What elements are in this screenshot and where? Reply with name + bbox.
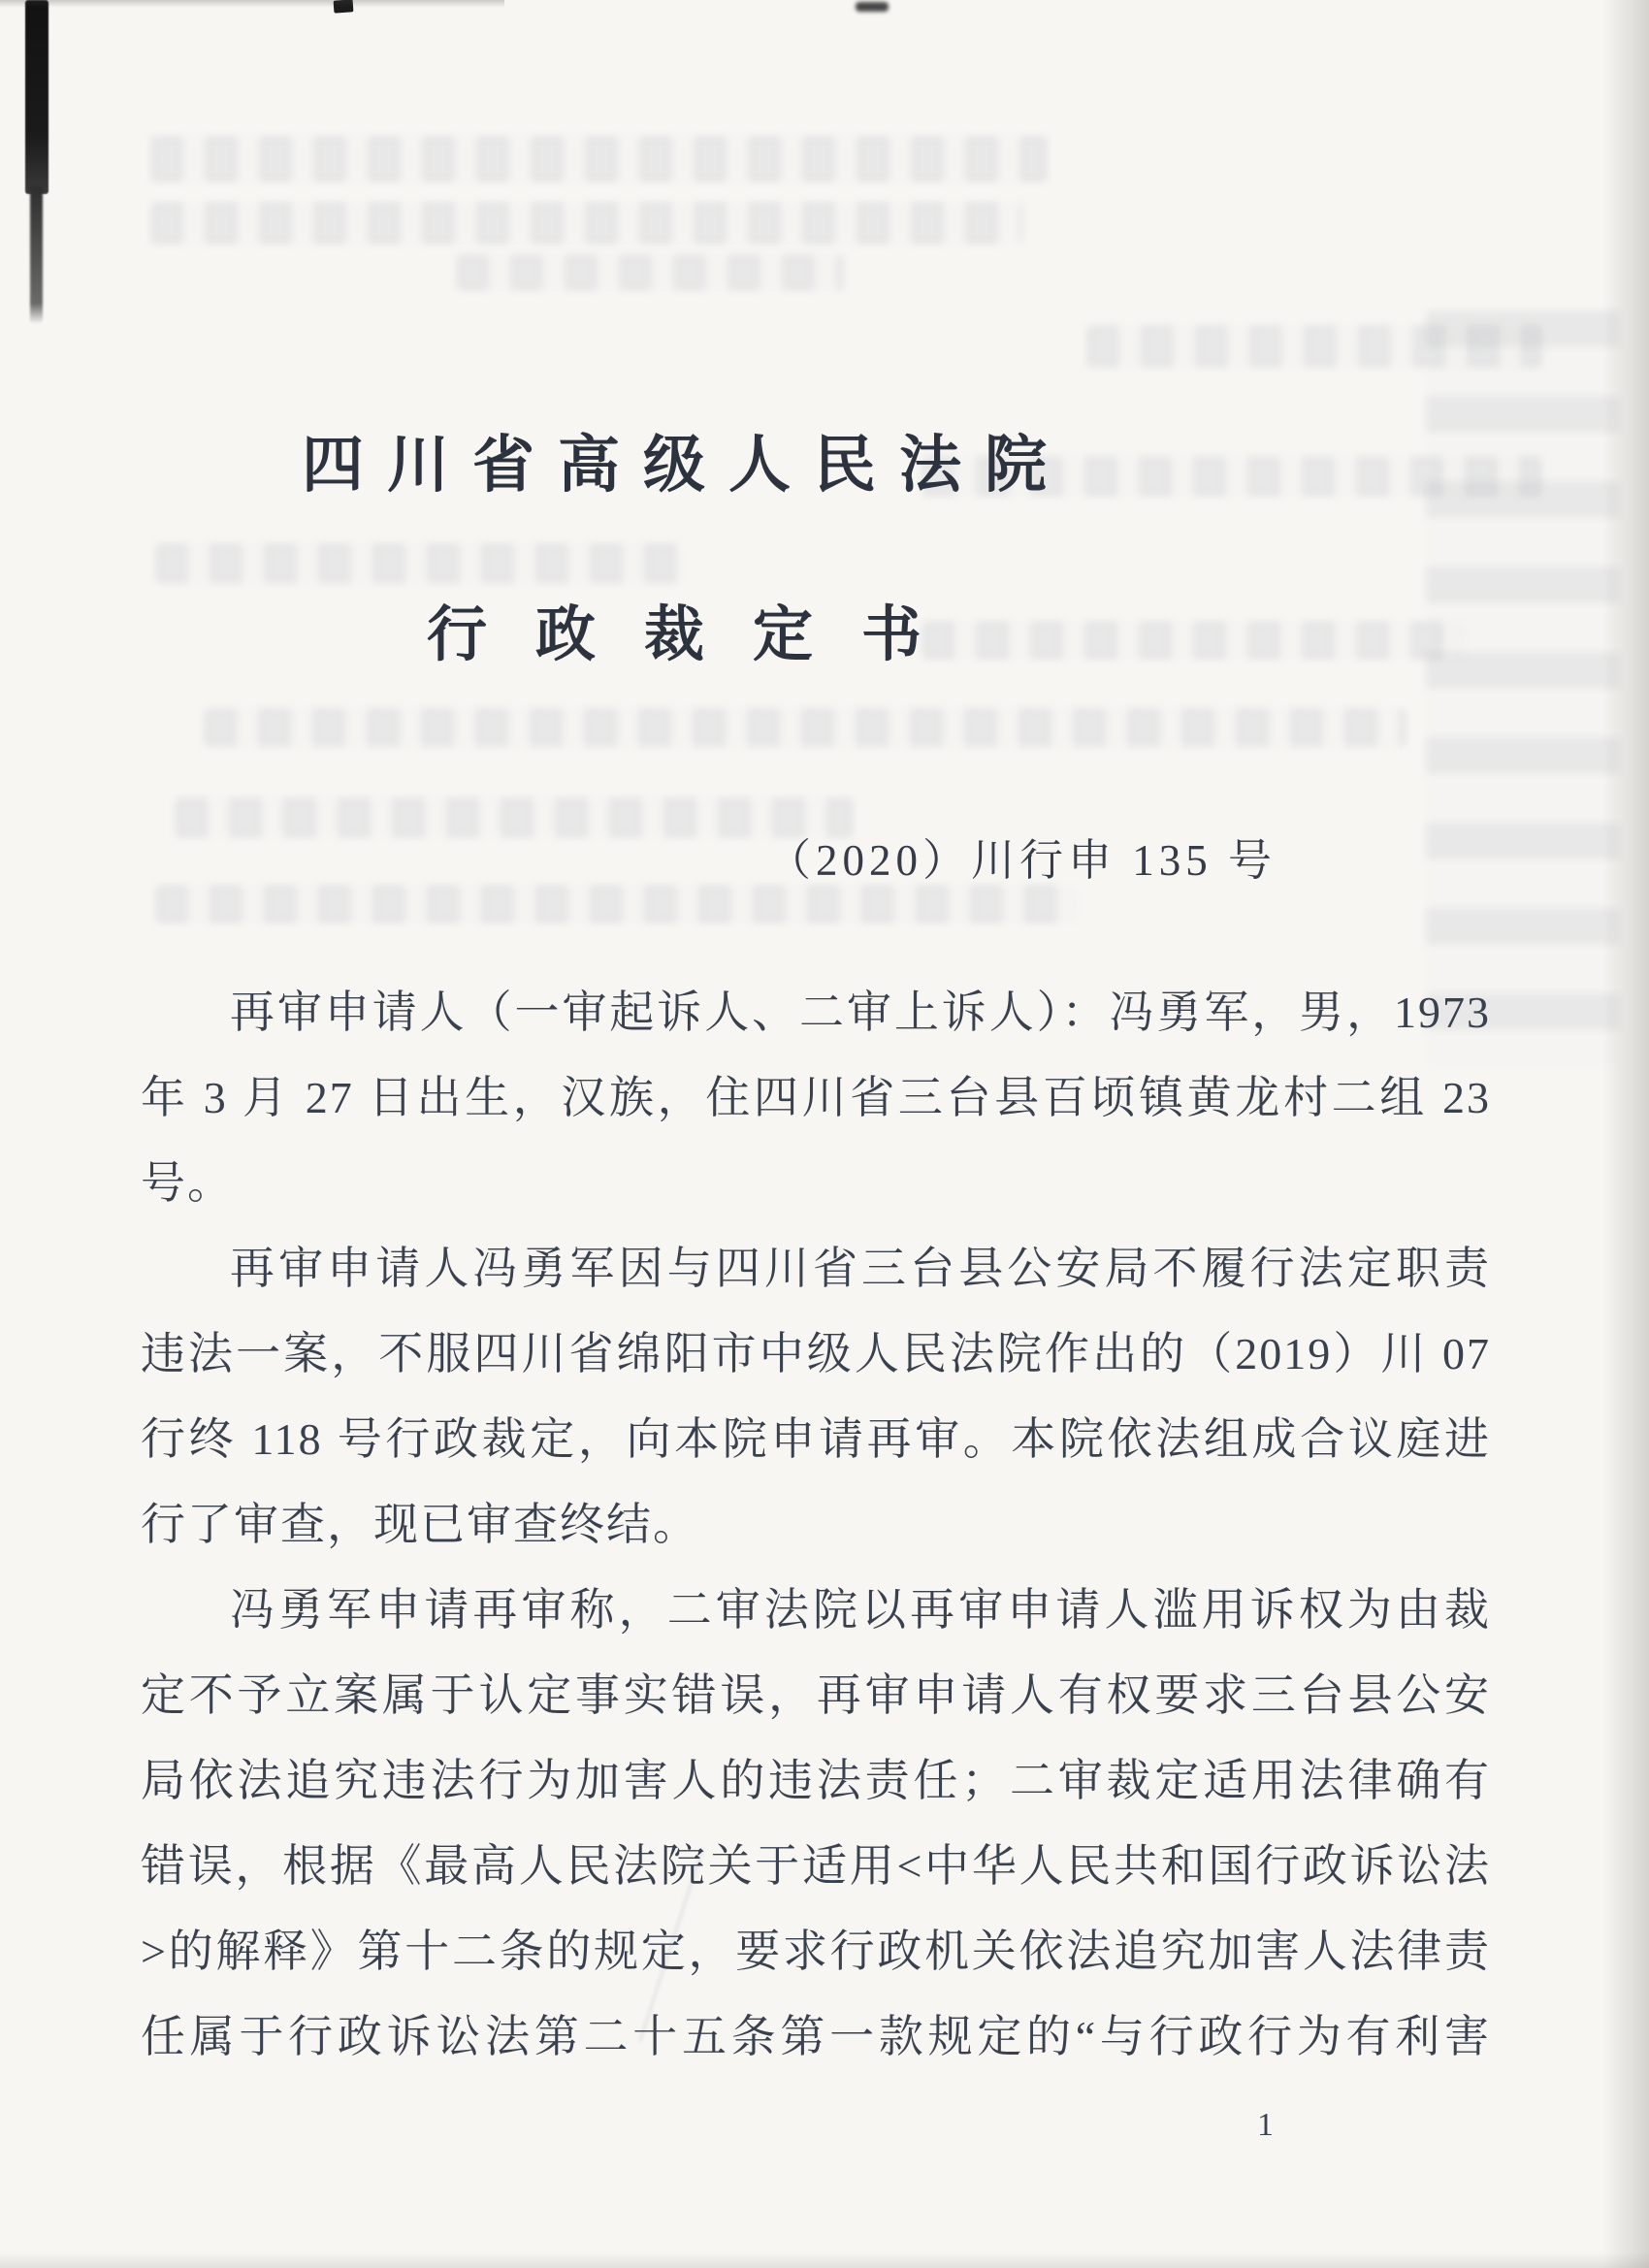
scan-artifact-left-bar-tail xyxy=(30,186,43,324)
page-number: 1 xyxy=(1257,2107,1274,2144)
scan-edge-shading-bottom xyxy=(0,2252,1649,2268)
body-line: 再审申请人（一审起诉人、二审上诉人）：冯勇军，男，1973 xyxy=(141,970,1491,1055)
body-line: 年 3 月 27 日出生，汉族，住四川省三台县百顷镇黄龙村二组 23 xyxy=(141,1055,1491,1141)
body-line: >的解释》第十二条的规定，要求行政机关依法追究加害人法律责 xyxy=(141,1909,1491,1994)
bleed-through-artifact xyxy=(155,543,679,584)
body-line: 违法一案，不服四川省绵阳市中级人民法院作出的（2019）川 07 xyxy=(141,1312,1491,1397)
body-line: 再审申请人冯勇军因与四川省三台县公安局不履行法定职责 xyxy=(141,1226,1491,1312)
scanned-court-document-page: 四川省高级人民法院 行政裁定书 （2020）川行申 135 号 再审申请人（一审… xyxy=(0,0,1649,2268)
scan-edge-shading-top xyxy=(0,0,504,8)
body-line: 错误，根据《最高人民法院关于适用<中华人民共和国行政诉讼法 xyxy=(141,1824,1491,1909)
scan-edge-shading-right xyxy=(1602,0,1649,2268)
document-type-title: 行政裁定书 xyxy=(0,586,1397,672)
document-body: 再审申请人（一审起诉人、二审上诉人）：冯勇军，男，1973 年 3 月 27 日… xyxy=(141,970,1491,2080)
bleed-through-artifact xyxy=(150,136,1048,182)
body-line: 号。 xyxy=(141,1141,1491,1226)
bleed-through-artifact xyxy=(456,254,844,291)
body-line: 冯勇军申请再审称，二审法院以再审申请人滥用诉权为由裁 xyxy=(141,1568,1491,1653)
body-line: 行了审查，现已审查终结。 xyxy=(141,1482,1491,1568)
bleed-through-artifact xyxy=(155,885,1077,923)
bleed-through-artifact xyxy=(1426,310,1620,1067)
court-title: 四川省高级人民法院 xyxy=(0,415,1372,504)
case-number: （2020）川行申 135 号 xyxy=(0,825,1277,888)
body-line: 局依法追究违法行为加害人的违法责任；二审裁定适用法律确有 xyxy=(141,1738,1491,1824)
bleed-through-artifact xyxy=(204,708,1406,747)
body-line: 任属于行政诉讼法第二十五条第一款规定的“与行政行为有利害 xyxy=(141,1994,1491,2080)
scan-artifact-top-smudge xyxy=(856,2,889,12)
bleed-through-artifact xyxy=(150,202,1023,244)
body-line: 行终 118 号行政裁定，向本院申请再审。本院依法组成合议庭进 xyxy=(141,1397,1491,1482)
body-line: 定不予立案属于认定事实错误，再审申请人有权要求三台县公安 xyxy=(141,1653,1491,1738)
scan-artifact-left-bar xyxy=(25,0,48,194)
